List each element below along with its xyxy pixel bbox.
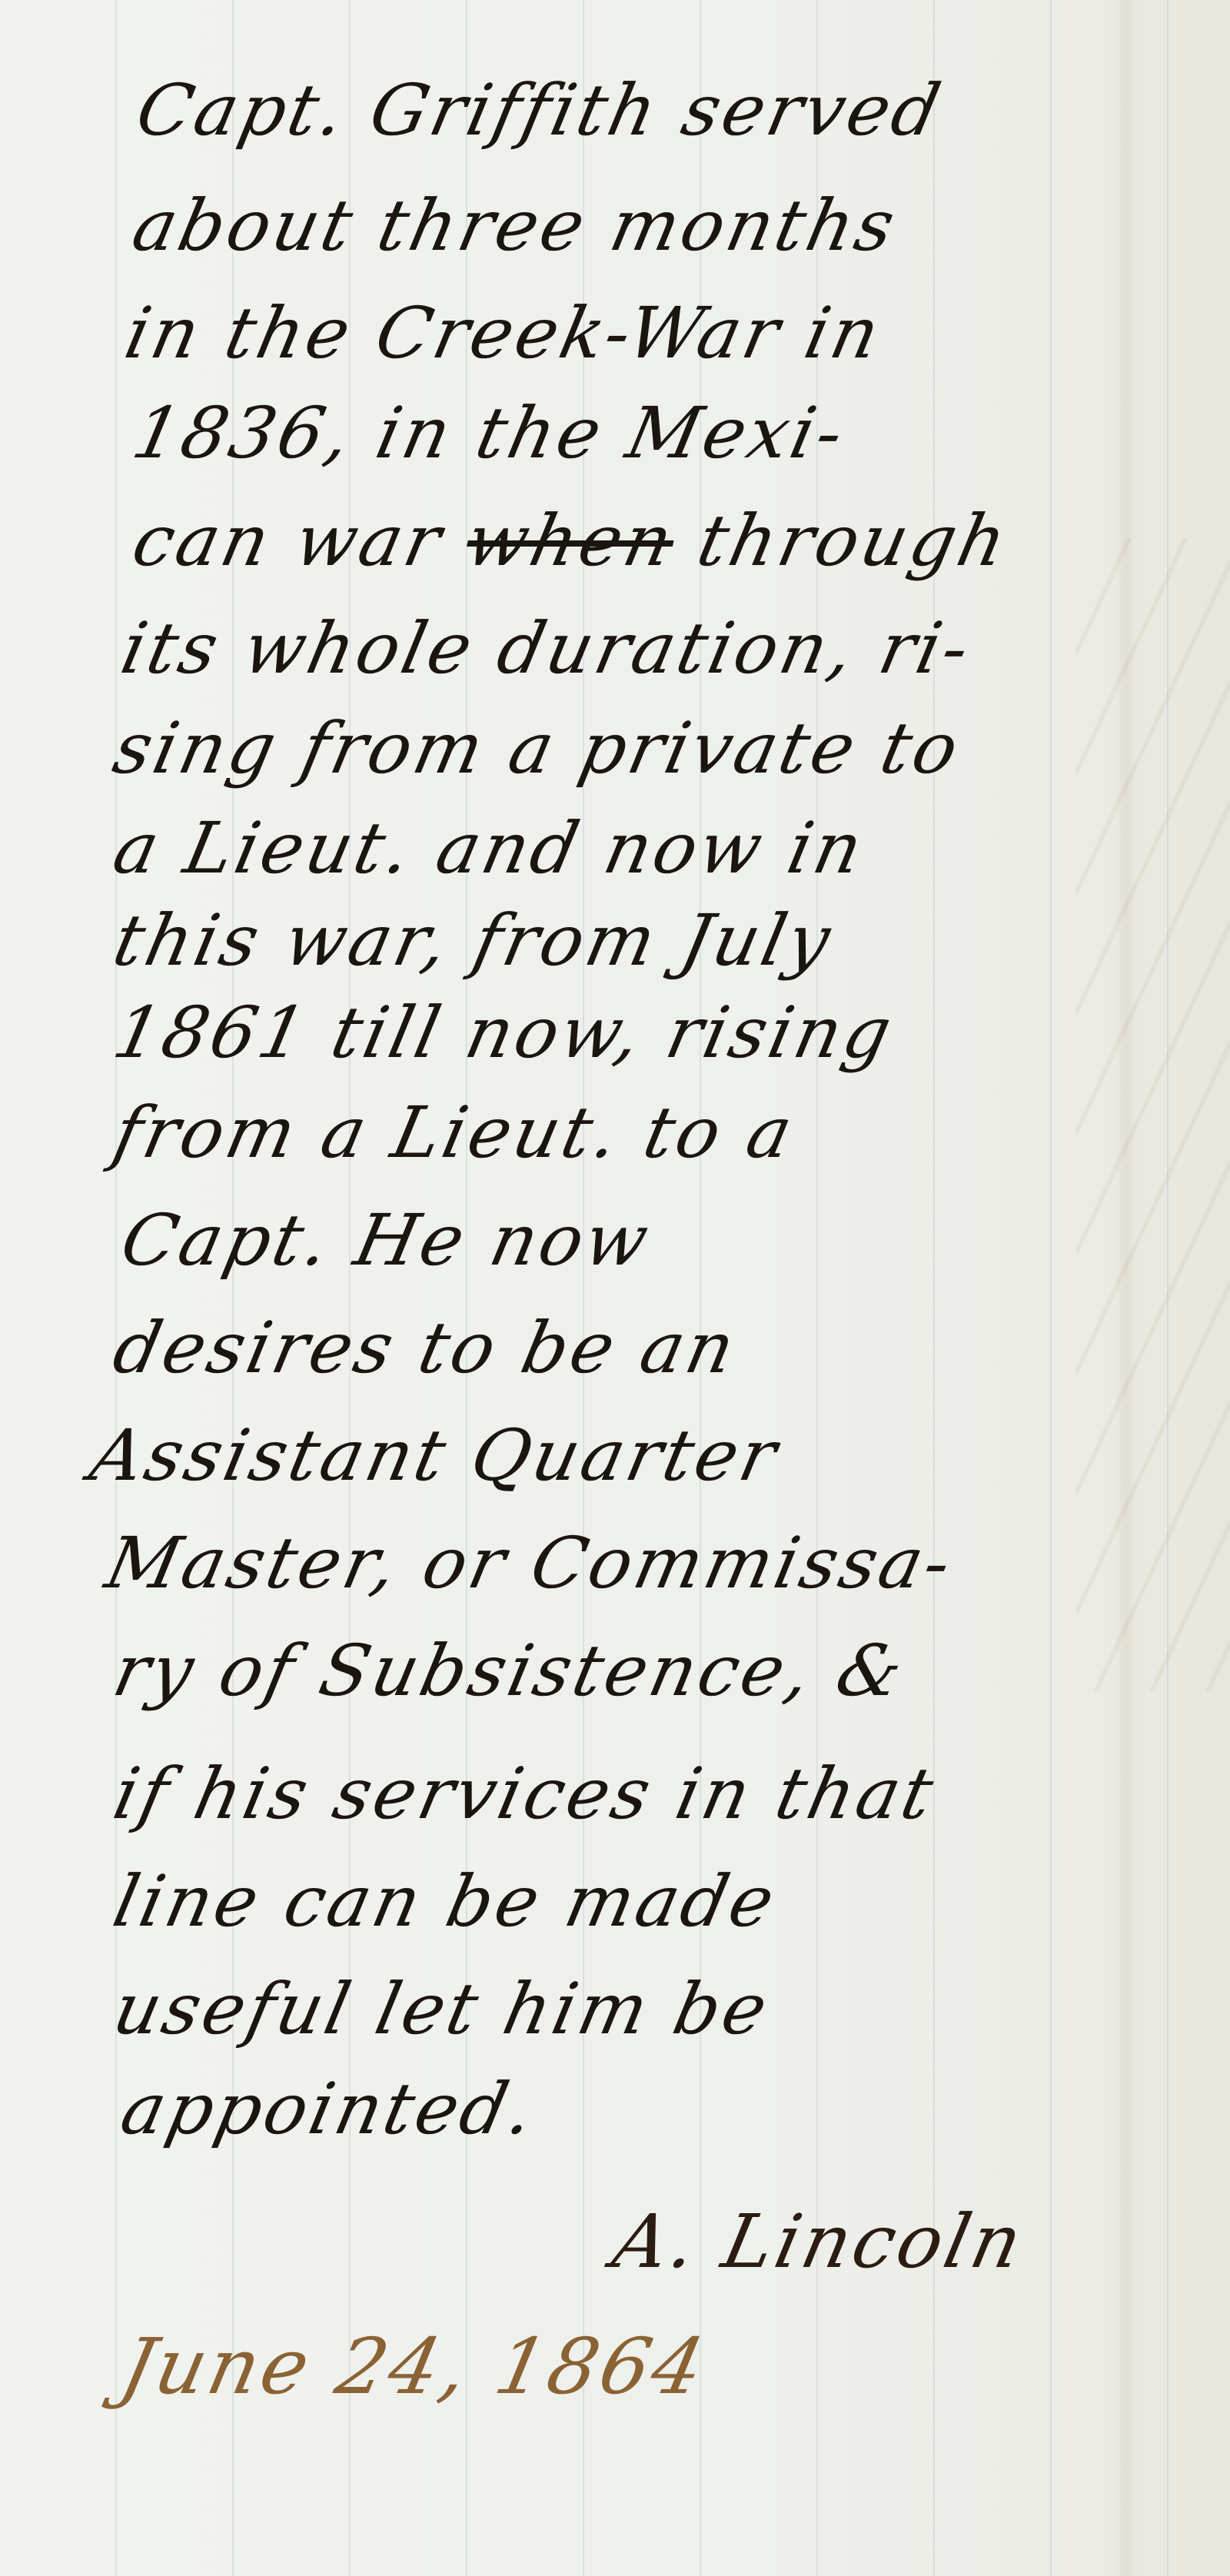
text-line-1: Capt. Griffith served xyxy=(130,69,950,151)
text-line-12: Capt. He now xyxy=(115,1199,659,1281)
text-line-9: this war, from July xyxy=(107,899,840,982)
text-line-2: about three months xyxy=(126,184,905,267)
letter-page: Capt. Griffith served about three months… xyxy=(0,0,1230,2576)
text-line-7: sing from a private to xyxy=(107,707,969,789)
text-line-19: useful let him be xyxy=(107,1968,777,2050)
date: June 24, 1864 xyxy=(114,2322,715,2411)
text-line-3: in the Creek-War in xyxy=(118,292,889,374)
text-line-17: if his services in that xyxy=(107,1753,943,1835)
text-segment: can war xyxy=(126,500,451,582)
ink-bleed-through xyxy=(1076,538,1230,1691)
text-line-4: 1836, in the Mexi- xyxy=(126,392,853,474)
text-line-5: can war when through xyxy=(126,500,1016,582)
text-line-16: ry of Subsistence, & xyxy=(107,1630,913,1712)
text-line-14: Assistant Quarter xyxy=(84,1414,786,1497)
text-line-20: appointed. xyxy=(115,2068,544,2150)
text-line-8: a Lieut. and now in xyxy=(107,807,873,889)
struck-word: when xyxy=(459,500,682,582)
text-line-15: Master, or Commissa- xyxy=(99,1522,961,1604)
text-segment: through xyxy=(690,500,1016,582)
text-line-13: desires to be an xyxy=(107,1307,745,1389)
text-line-18: line can be made xyxy=(107,1860,784,1943)
text-line-10: 1861 till now, rising xyxy=(107,992,902,1074)
text-line-6: its whole duration, ri- xyxy=(115,607,979,690)
signature: A. Lincoln xyxy=(606,2199,1032,2285)
text-line-11: from a Lieut. to a xyxy=(107,1092,803,1174)
